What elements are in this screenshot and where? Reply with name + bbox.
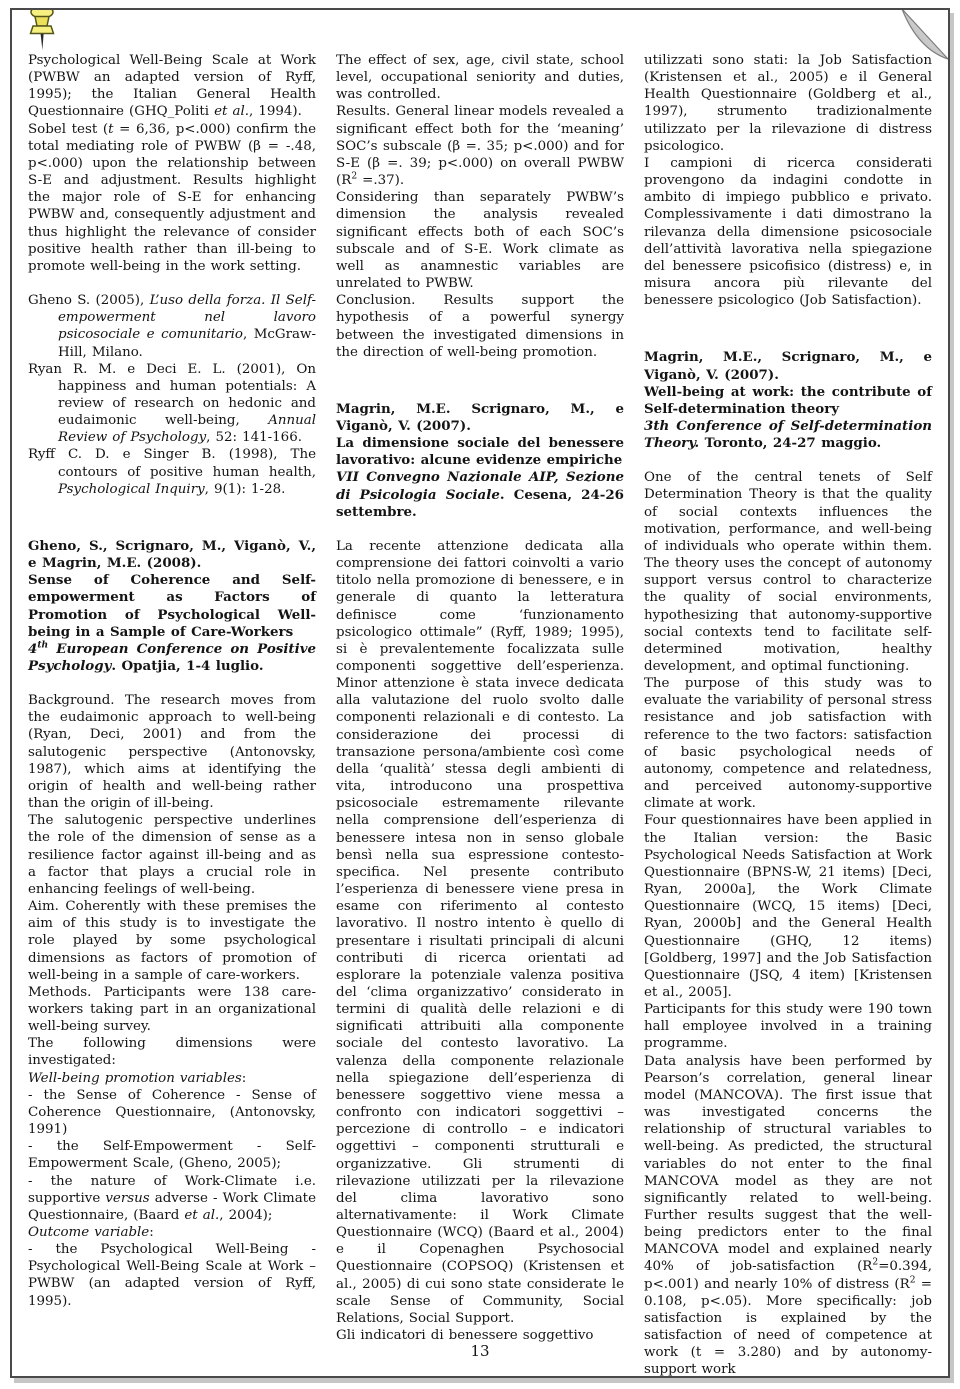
paragraph: Data analysis have been performed by Pea… — [644, 1053, 932, 1378]
paragraph: VII Convegno Nazionale AIP, Sezione di P… — [336, 469, 624, 520]
paragraph: Aim. Coherently with these premises the … — [28, 898, 316, 984]
column-3: utilizzati sono stati: la Job Satisfacti… — [644, 52, 932, 1378]
paragraph: 4th European Conference on Positive Psyc… — [28, 641, 316, 675]
paragraph: Participants for this study were 190 tow… — [644, 1001, 932, 1052]
paragraph: Well-being at work: the contribute of Se… — [644, 384, 932, 418]
paragraph: Outcome variable: — [28, 1224, 316, 1241]
paragraph: - the nature of Work-Climate i.e. suppor… — [28, 1173, 316, 1224]
paragraph: Ryan R. M. e Deci E. L. (2001), On happi… — [28, 361, 316, 447]
paragraph: Sense of Coherence and Self-empowerment … — [28, 572, 316, 641]
paragraph: The purpose of this study was to evaluat… — [644, 675, 932, 812]
paragraph: Magrin, M.E., Scrignaro, M., e Viganò, V… — [644, 349, 932, 383]
paragraph: Gheno, S., Scrignaro, M., Viganò, V., e … — [28, 538, 316, 572]
page-number: 13 — [12, 1342, 948, 1360]
page-columns: Psychological Well-Being Scale at Work (… — [12, 10, 948, 1378]
paragraph: La recente attenzione dedicata alla comp… — [336, 538, 624, 1327]
paragraph: 3th Conference of Self-determination The… — [644, 418, 932, 452]
paragraph: The salutogenic perspective underlines t… — [28, 812, 316, 898]
paragraph: Ryff C. D. e Singer B. (1998), The conto… — [28, 446, 316, 497]
paragraph: Magrin, M.E. Scrignaro, M., e Viganò, V.… — [336, 401, 624, 435]
paragraph: The following dimensions were investigat… — [28, 1035, 316, 1069]
pushpin-icon — [26, 8, 60, 62]
paragraph: Psychological Well-Being Scale at Work (… — [28, 52, 316, 121]
document-page: Psychological Well-Being Scale at Work (… — [10, 8, 950, 1378]
column-1: Psychological Well-Being Scale at Work (… — [28, 52, 316, 1310]
paragraph: Considering than separately PWBW’s dimen… — [336, 189, 624, 292]
paragraph: One of the central tenets of Self Determ… — [644, 469, 932, 675]
paragraph: Four questionnaires have been applied in… — [644, 812, 932, 1001]
page-fold-icon — [900, 8, 950, 62]
paragraph: Well-being promotion variables: — [28, 1070, 316, 1087]
paragraph: Gheno S. (2005), L’uso della forza. Il S… — [28, 292, 316, 361]
paragraph: - the Psychological Well-Being - Psychol… — [28, 1241, 316, 1310]
paragraph: I campioni di ricerca considerati proven… — [644, 155, 932, 309]
paragraph: The effect of sex, age, civil state, sch… — [336, 52, 624, 103]
paragraph: utilizzati sono stati: la Job Satisfacti… — [644, 52, 932, 155]
paragraph: Conclusion. Results support the hypothes… — [336, 292, 624, 361]
paragraph: La dimensione sociale del benessere lavo… — [336, 435, 624, 469]
paragraph: - the Sense of Coherence - Sense of Cohe… — [28, 1087, 316, 1138]
paragraph: Background. The research moves from the … — [28, 692, 316, 812]
paragraph: Methods. Participants were 138 care-work… — [28, 984, 316, 1035]
paragraph: - the Self-Empowerment - Self-Empowermen… — [28, 1138, 316, 1172]
column-2: The effect of sex, age, civil state, sch… — [336, 52, 624, 1344]
paragraph: Results. General linear models revealed … — [336, 103, 624, 189]
paragraph: Sobel test (t = 6,36, p<.000) confirm th… — [28, 121, 316, 275]
